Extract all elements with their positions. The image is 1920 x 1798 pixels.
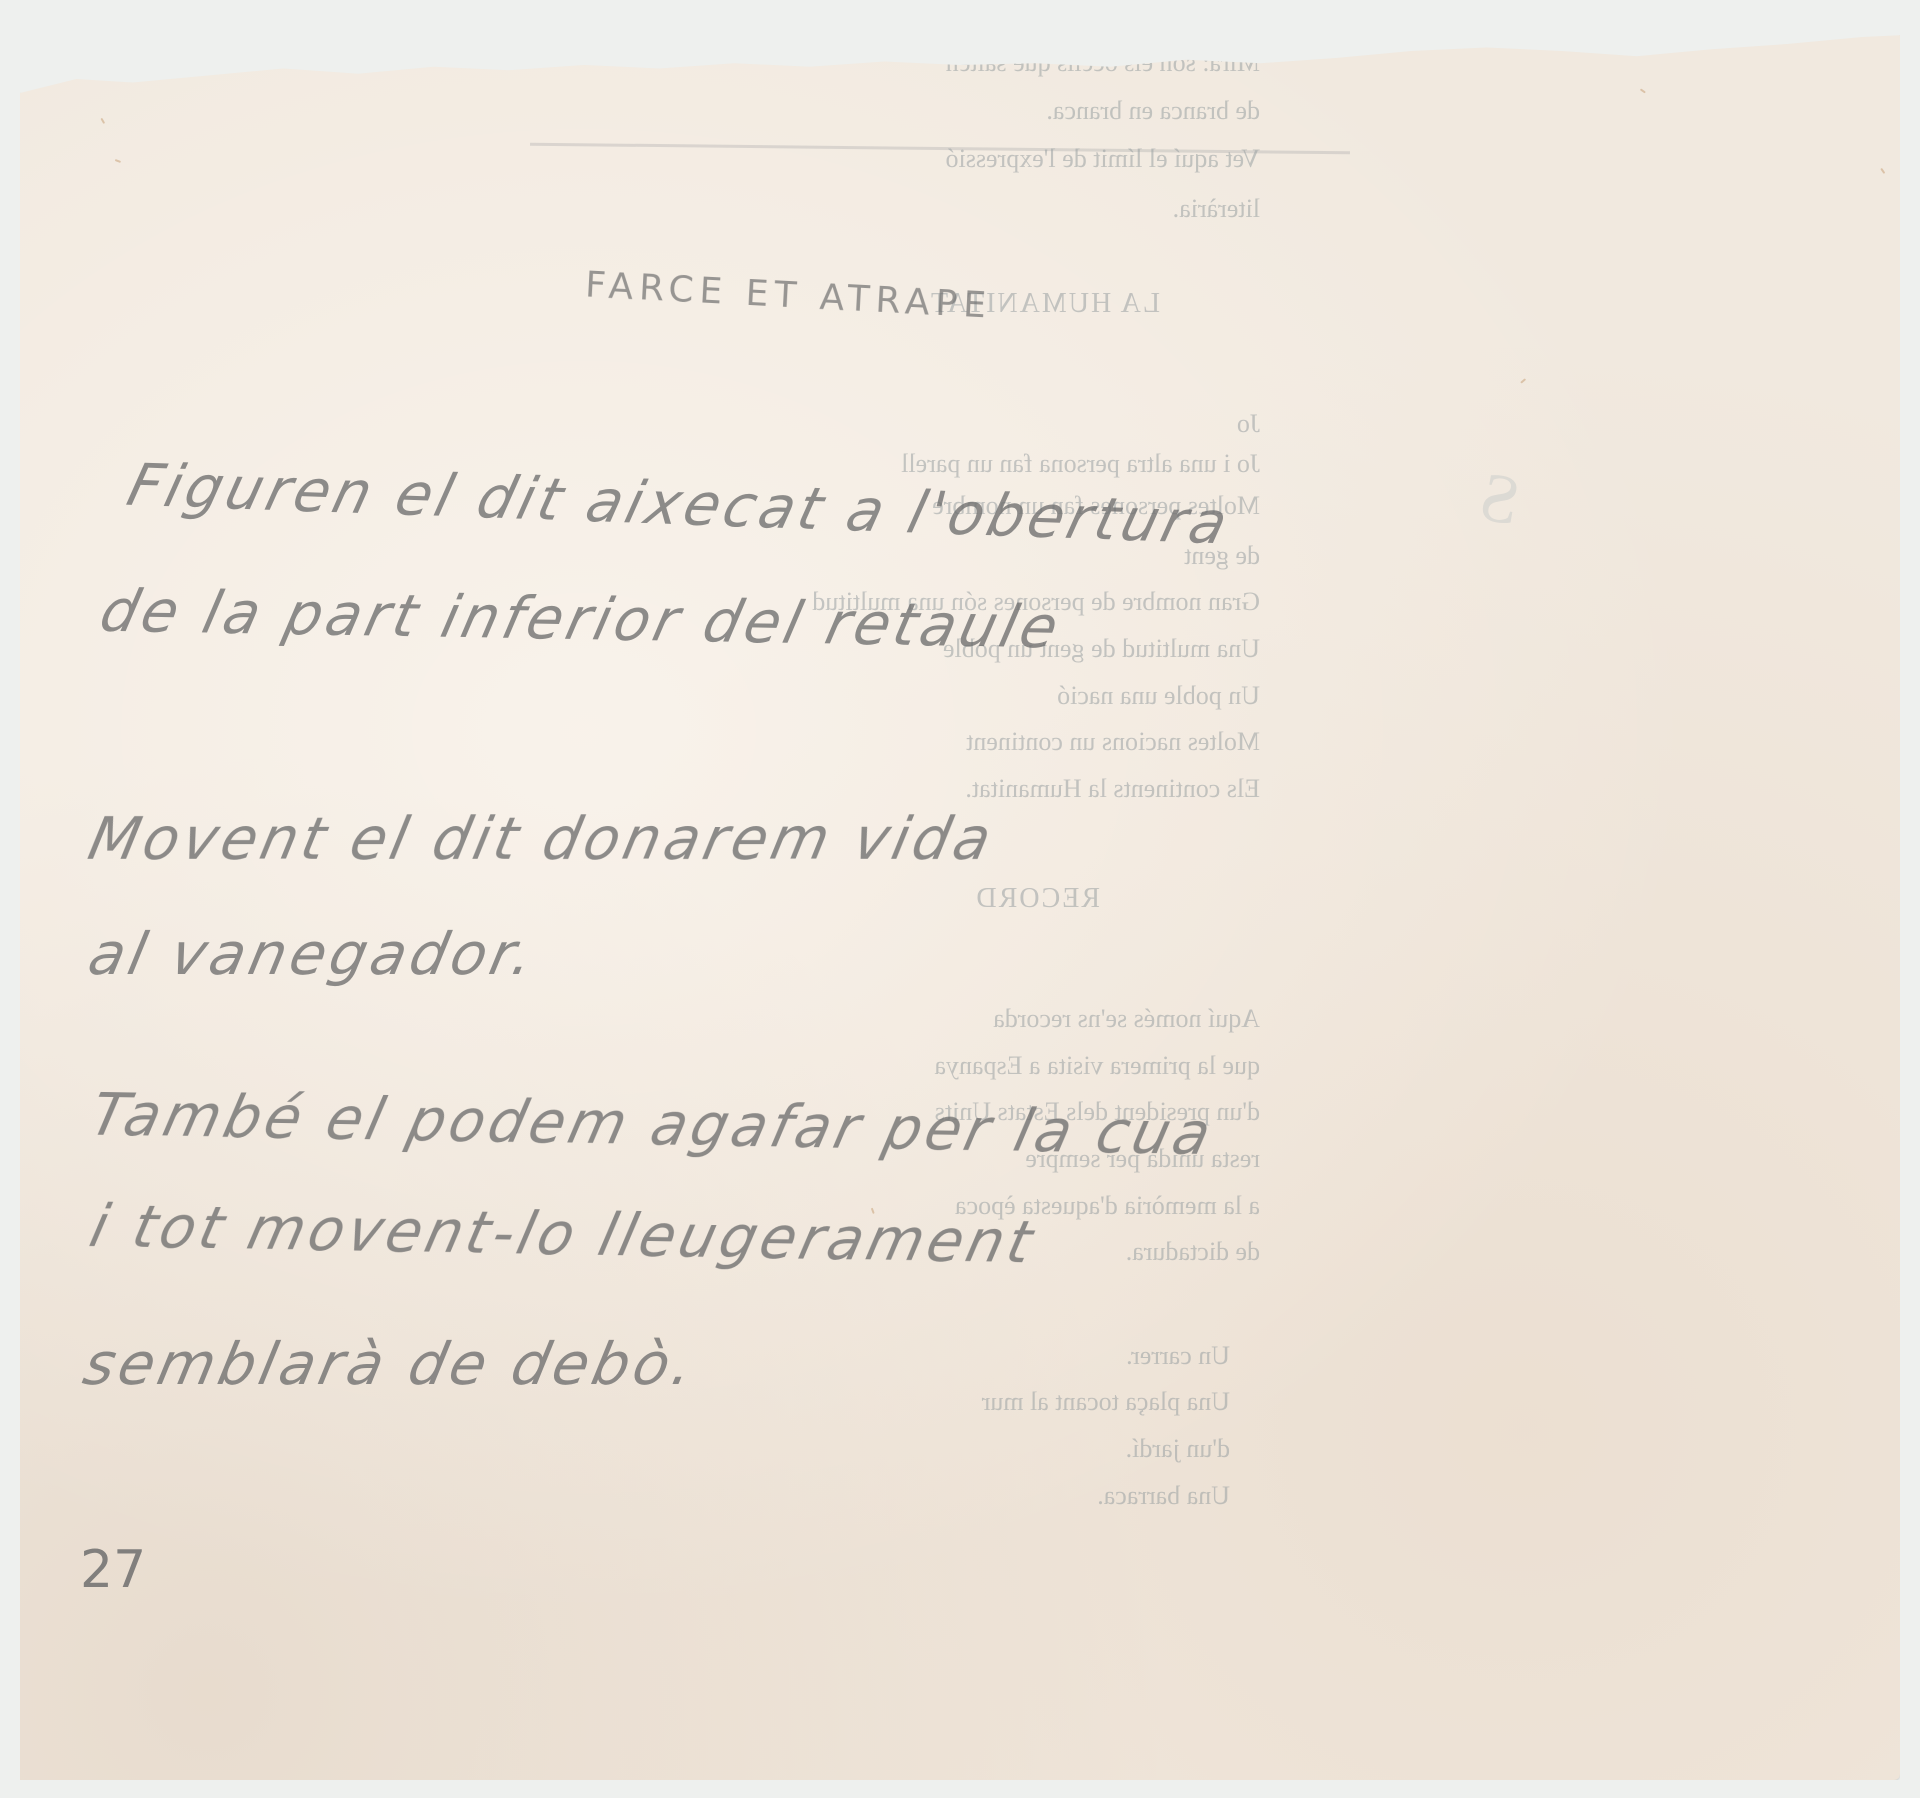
bleed-line: Una plaça tocant al mur: [982, 1383, 1230, 1421]
bleed-line: de branca en branca.: [1046, 92, 1260, 130]
handwritten-line: Movent el dit donarem vida: [83, 805, 1001, 873]
paper-fiber: [1881, 168, 1886, 174]
bleed-margin-mark: S: [1473, 457, 1525, 543]
bleed-line: Una barraca.: [1097, 1477, 1230, 1515]
bleed-line: Jo i una altra persona fan un parell: [901, 445, 1260, 483]
paper-fiber: [1520, 378, 1526, 383]
bleed-through-print: Mira: són els ocells que salten de branc…: [1234, 30, 1260, 1170]
bleed-line: Aquí només se'ns recorda: [993, 1000, 1260, 1038]
bleed-line: Moltes nacions un continent: [966, 723, 1260, 761]
handwritten-line: semblarà de debò.: [78, 1330, 703, 1398]
bleed-line: d'un jardí.: [1126, 1430, 1230, 1468]
handwritten-line: al vanegador.: [83, 920, 543, 988]
bleed-line: Jo: [1237, 405, 1260, 443]
handwritten-title: FARCE ET ATRAPE: [584, 264, 993, 326]
bleed-line: de dictadura.: [1126, 1233, 1260, 1271]
page-number: 27: [80, 1540, 146, 1600]
bleed-line: Vet aquí el límit de l'expressió: [946, 140, 1260, 178]
paper-sheet: Mira: són els ocells que salten de branc…: [20, 30, 1900, 1780]
bleed-line: literària.: [1173, 190, 1260, 228]
bleed-poem-title: RECORD: [974, 880, 1100, 918]
paper-fiber: [1640, 88, 1646, 93]
paper-fiber: [115, 159, 121, 162]
bleed-line: Un poble una nació: [1057, 677, 1260, 715]
bleed-line: Mira: són els ocells que salten: [946, 44, 1260, 82]
bleed-line: Un carrer.: [1126, 1337, 1230, 1375]
bleed-line: Els continents la Humanitat.: [965, 770, 1260, 808]
bleed-line: que la primera visita a Espanya: [934, 1047, 1260, 1085]
paper-fiber: [101, 118, 105, 124]
handwritten-line: i tot movent-lo lleugerament: [84, 1192, 1043, 1277]
